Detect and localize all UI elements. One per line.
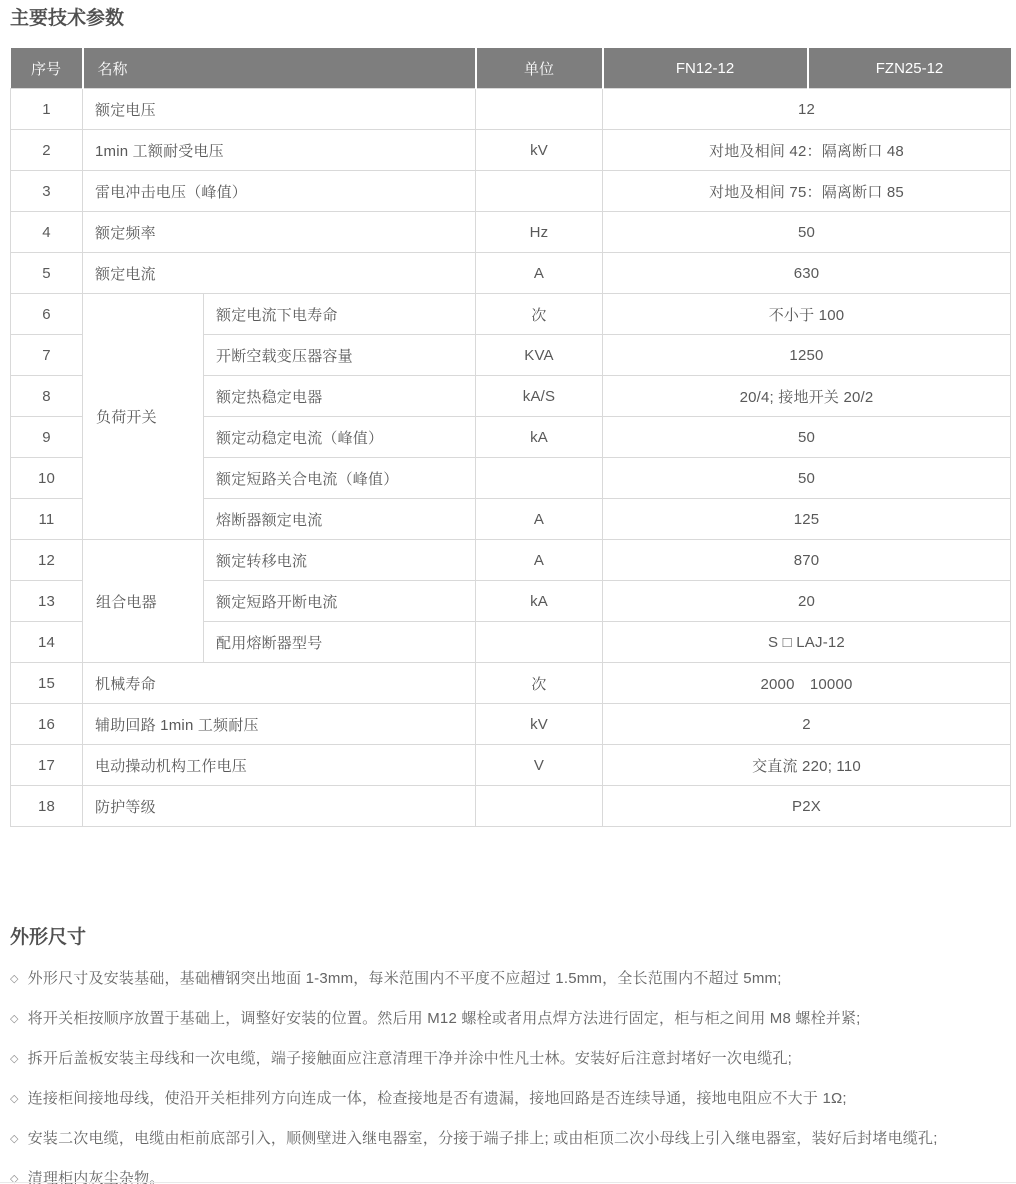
unit-cell: kV [476,704,603,745]
row-number-cell: 12 [11,540,83,581]
value-cell: 不小于 100 [603,294,1011,335]
unit-cell: A [476,540,603,581]
diamond-bullet-icon: ◇ [10,969,19,990]
value-cell: 50 [603,212,1011,253]
row-number-cell: 3 [11,171,83,212]
row-number-cell: 4 [11,212,83,253]
header-cell-no: 序号 [11,48,83,89]
value-cell: P2X [603,786,1011,827]
diamond-bullet-icon: ◇ [10,1129,19,1150]
header-cell-name: 名称 [83,48,476,89]
value-cell: 对地及相间 75：隔离断口 85 [603,171,1011,212]
note-item: ◇外形尺寸及安装基础，基础槽钢突出地面 1-3mm，每米范围内不平度不应超过 1… [10,968,1010,991]
spec-table-body: 1额定电压1221min 工额耐受电压kV对地及相间 42：隔离断口 483雷电… [11,89,1011,827]
unit-cell [476,458,603,499]
spec-table: 序号 名称 单位 FN12-12 FZN25-12 1额定电压1221min 工… [10,48,1011,827]
table-row: 3雷电冲击电压（峰值）对地及相间 75：隔离断口 85 [11,171,1011,212]
name-cell: 开断空载变压器容量 [204,335,476,376]
value-cell: S □ LAJ-12 [603,622,1011,663]
table-row: 6负荷开关额定电流下电寿命次不小于 100 [11,294,1011,335]
unit-cell: A [476,253,603,294]
name-cell: 辅助回路 1min 工频耐压 [83,704,476,745]
unit-cell: kV [476,130,603,171]
row-number-cell: 15 [11,663,83,704]
value-cell: 50 [603,417,1011,458]
name-cell: 额定转移电流 [204,540,476,581]
value-cell: 对地及相间 42：隔离断口 48 [603,130,1011,171]
unit-cell: 次 [476,294,603,335]
value-cell: 1250 [603,335,1011,376]
name-cell: 额定短路开断电流 [204,581,476,622]
table-row: 21min 工额耐受电压kV对地及相间 42：隔离断口 48 [11,130,1011,171]
name-cell: 额定电流 [83,253,476,294]
note-item: ◇将开关柜按顺序放置于基础上，调整好安装的位置。然后用 M12 螺栓或者用点焊方… [10,1008,1010,1031]
section-title: 外形尺寸 [10,926,1010,950]
value-cell: 12 [603,89,1011,130]
table-row: 12组合电器额定转移电流A870 [11,540,1011,581]
row-number-cell: 18 [11,786,83,827]
name-cell: 额定热稳定电器 [204,376,476,417]
table-row: 18防护等级P2X [11,786,1011,827]
value-cell: 2 [603,704,1011,745]
unit-cell [476,786,603,827]
table-row: 5额定电流A630 [11,253,1011,294]
value-cell: 20/4; 接地开关 20/2 [603,376,1011,417]
value-cell: 630 [603,253,1011,294]
unit-cell [476,89,603,130]
value-cell: 交直流 220; 110 [603,745,1011,786]
name-cell: 额定电流下电寿命 [204,294,476,335]
unit-cell [476,171,603,212]
table-row: 17电动操动机构工作电压V交直流 220; 110 [11,745,1011,786]
row-number-cell: 9 [11,417,83,458]
name-cell: 机械寿命 [83,663,476,704]
header-cell-unit: 单位 [476,48,603,89]
notes-list: ◇外形尺寸及安装基础，基础槽钢突出地面 1-3mm，每米范围内不平度不应超过 1… [10,968,1010,1184]
value-cell: 870 [603,540,1011,581]
row-number-cell: 1 [11,89,83,130]
name-cell: 额定动稳定电流（峰值） [204,417,476,458]
note-text: 拆开后盖板安装主母线和一次电缆，端子接触面应注意清理干净并涂中性凡士林。安装好后… [28,1050,792,1067]
group-cell: 组合电器 [83,540,204,663]
table-header-row: 序号 名称 单位 FN12-12 FZN25-12 [11,48,1011,89]
page: 主要技术参数 序号 名称 单位 FN12-12 FZN25-12 1额定电压12… [0,0,1016,1184]
value-cell: 125 [603,499,1011,540]
group-cell: 负荷开关 [83,294,204,540]
row-number-cell: 6 [11,294,83,335]
note-text: 外形尺寸及安装基础，基础槽钢突出地面 1-3mm，每米范围内不平度不应超过 1.… [28,970,782,987]
row-number-cell: 16 [11,704,83,745]
unit-cell: A [476,499,603,540]
row-number-cell: 5 [11,253,83,294]
name-cell: 额定电压 [83,89,476,130]
value-cell: 50 [603,458,1011,499]
name-cell: 电动操动机构工作电压 [83,745,476,786]
row-number-cell: 13 [11,581,83,622]
unit-cell: kA/S [476,376,603,417]
note-text: 将开关柜按顺序放置于基础上，调整好安装的位置。然后用 M12 螺栓或者用点焊方法… [28,1010,861,1027]
note-item: ◇拆开后盖板安装主母线和一次电缆，端子接触面应注意清理干净并涂中性凡士林。安装好… [10,1048,1010,1071]
name-cell: 熔断器额定电流 [204,499,476,540]
name-cell: 防护等级 [83,786,476,827]
unit-cell: kA [476,581,603,622]
unit-cell: 次 [476,663,603,704]
table-row: 16辅助回路 1min 工频耐压kV2 [11,704,1011,745]
value-cell: 2000 10000 [603,663,1011,704]
row-number-cell: 8 [11,376,83,417]
unit-cell: kA [476,417,603,458]
name-cell: 额定频率 [83,212,476,253]
note-text: 连接柜间接地母线，使沿开关柜排列方向连成一体，检查接地是否有遗漏，接地回路是否连… [28,1090,847,1107]
unit-cell: KVA [476,335,603,376]
header-cell-fzn25: FZN25-12 [808,48,1011,89]
table-row: 4额定频率Hz50 [11,212,1011,253]
unit-cell [476,622,603,663]
row-number-cell: 2 [11,130,83,171]
header-cell-fn12: FN12-12 [603,48,808,89]
bottom-divider [0,1182,1016,1183]
row-number-cell: 14 [11,622,83,663]
row-number-cell: 17 [11,745,83,786]
row-number-cell: 11 [11,499,83,540]
note-item: ◇安装二次电缆，电缆由柜前底部引入，顺侧壁进入继电器室，分接于端子排上; 或由柜… [10,1128,1010,1151]
name-cell: 雷电冲击电压（峰值） [83,171,476,212]
value-cell: 20 [603,581,1011,622]
name-cell: 1min 工额耐受电压 [83,130,476,171]
name-cell: 额定短路关合电流（峰值） [204,458,476,499]
note-item: ◇连接柜间接地母线，使沿开关柜排列方向连成一体，检查接地是否有遗漏，接地回路是否… [10,1088,1010,1111]
diamond-bullet-icon: ◇ [10,1049,19,1070]
diamond-bullet-icon: ◇ [10,1089,19,1110]
page-title: 主要技术参数 [10,7,1010,31]
table-row: 1额定电压12 [11,89,1011,130]
unit-cell: Hz [476,212,603,253]
table-row: 15机械寿命次2000 10000 [11,663,1011,704]
diamond-bullet-icon: ◇ [10,1009,19,1030]
row-number-cell: 10 [11,458,83,499]
note-text: 安装二次电缆，电缆由柜前底部引入，顺侧壁进入继电器室，分接于端子排上; 或由柜顶… [28,1130,938,1147]
row-number-cell: 7 [11,335,83,376]
unit-cell: V [476,745,603,786]
name-cell: 配用熔断器型号 [204,622,476,663]
